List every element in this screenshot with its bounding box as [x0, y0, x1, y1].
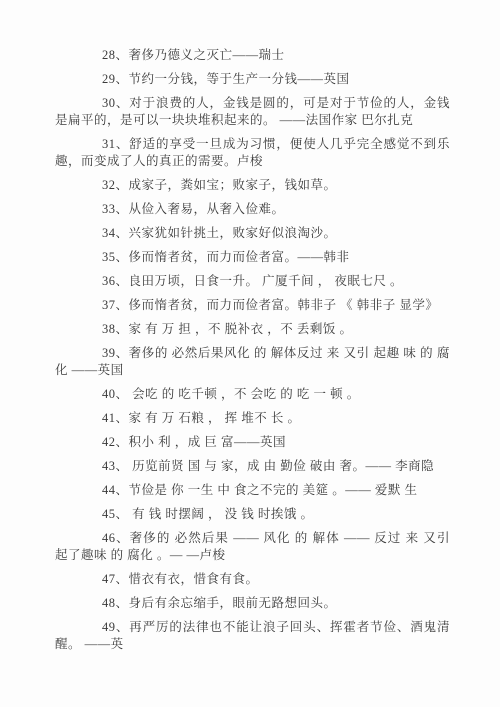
quote-paragraph-46: 46、奢侈的 必然后果 —— 风化 的 解体 —— 反过 来 又引 起了趣味 的…: [55, 530, 450, 564]
quote-paragraph-45: 45、 有 钱 时摆阔 ， 没 钱 时挨饿 。: [55, 506, 450, 523]
quote-paragraph-36: 36、良田万顷，日食一升。 广厦千间 ， 夜眠七尺 。: [55, 273, 450, 290]
quote-paragraph-33: 33、从俭入奢易，从奢入俭难。: [55, 201, 450, 218]
quote-paragraph-48: 48、身后有余忘缩手，眼前无路想回头。: [55, 595, 450, 612]
quote-paragraph-43: 43、 历览前贤 国 与 家，成 由 勤俭 破由 奢。—— 李商隐: [55, 458, 450, 475]
quote-paragraph-32: 32、成家子，粪如宝；败家子，钱如草。: [55, 177, 450, 194]
quote-paragraph-40: 40、 会吃 的 吃千顿 ，不 会吃 的 吃 一 顿 。: [55, 386, 450, 403]
quote-paragraph-31: 31、舒适的享受一旦成为习惯，便使人几乎完全感觉不到乐趣，而变成了人的真正的需要…: [55, 136, 450, 170]
quote-paragraph-30: 30、对于浪费的人，金钱是圆的，可是对于节俭的人，金钱是扁平的，是可以一块块堆积…: [55, 95, 450, 129]
quote-paragraph-47: 47、惜衣有衣，惜食有食。: [55, 571, 450, 588]
quote-paragraph-41: 41、家 有 万 石粮 ， 挥 堆不 长 。: [55, 410, 450, 427]
quote-paragraph-34: 34、兴家犹如针挑土，败家好似浪淘沙。: [55, 225, 450, 242]
document-page: 28、奢侈乃德义之灭亡——瑞士 29、节约一分钱，等于生产一分钱——英国 30、…: [0, 0, 500, 707]
quote-paragraph-37: 37、侈而惰者贫，而力而俭者富。韩非子 《 韩非子 显学》: [55, 297, 450, 314]
quote-list: 28、奢侈乃德义之灭亡——瑞士 29、节约一分钱，等于生产一分钱——英国 30、…: [0, 0, 500, 653]
quote-paragraph-38: 38、家 有 万 担 ，不 脱补衣 ，不 丢剩饭 。: [55, 321, 450, 338]
quote-paragraph-49: 49、再严厉的法律也不能让浪子回头、挥霍者节俭、酒鬼清醒。 ——英: [55, 619, 450, 653]
quote-paragraph-28: 28、奢侈乃德义之灭亡——瑞士: [55, 47, 450, 64]
quote-paragraph-29: 29、节约一分钱，等于生产一分钱——英国: [55, 71, 450, 88]
quote-paragraph-42: 42、积小 利 ，成 巨 富——英国: [55, 434, 450, 451]
quote-paragraph-44: 44、节俭是 你 一生 中 食之不完的 美筵 。—— 爱默 生: [55, 482, 450, 499]
quote-paragraph-35: 35、侈而惰者贫，而力而俭者富。——韩非: [55, 249, 450, 266]
quote-paragraph-39: 39、奢侈的 必然后果风化 的 解体反过 来 又引 起趣 味 的 腐化 ——英国: [55, 345, 450, 379]
